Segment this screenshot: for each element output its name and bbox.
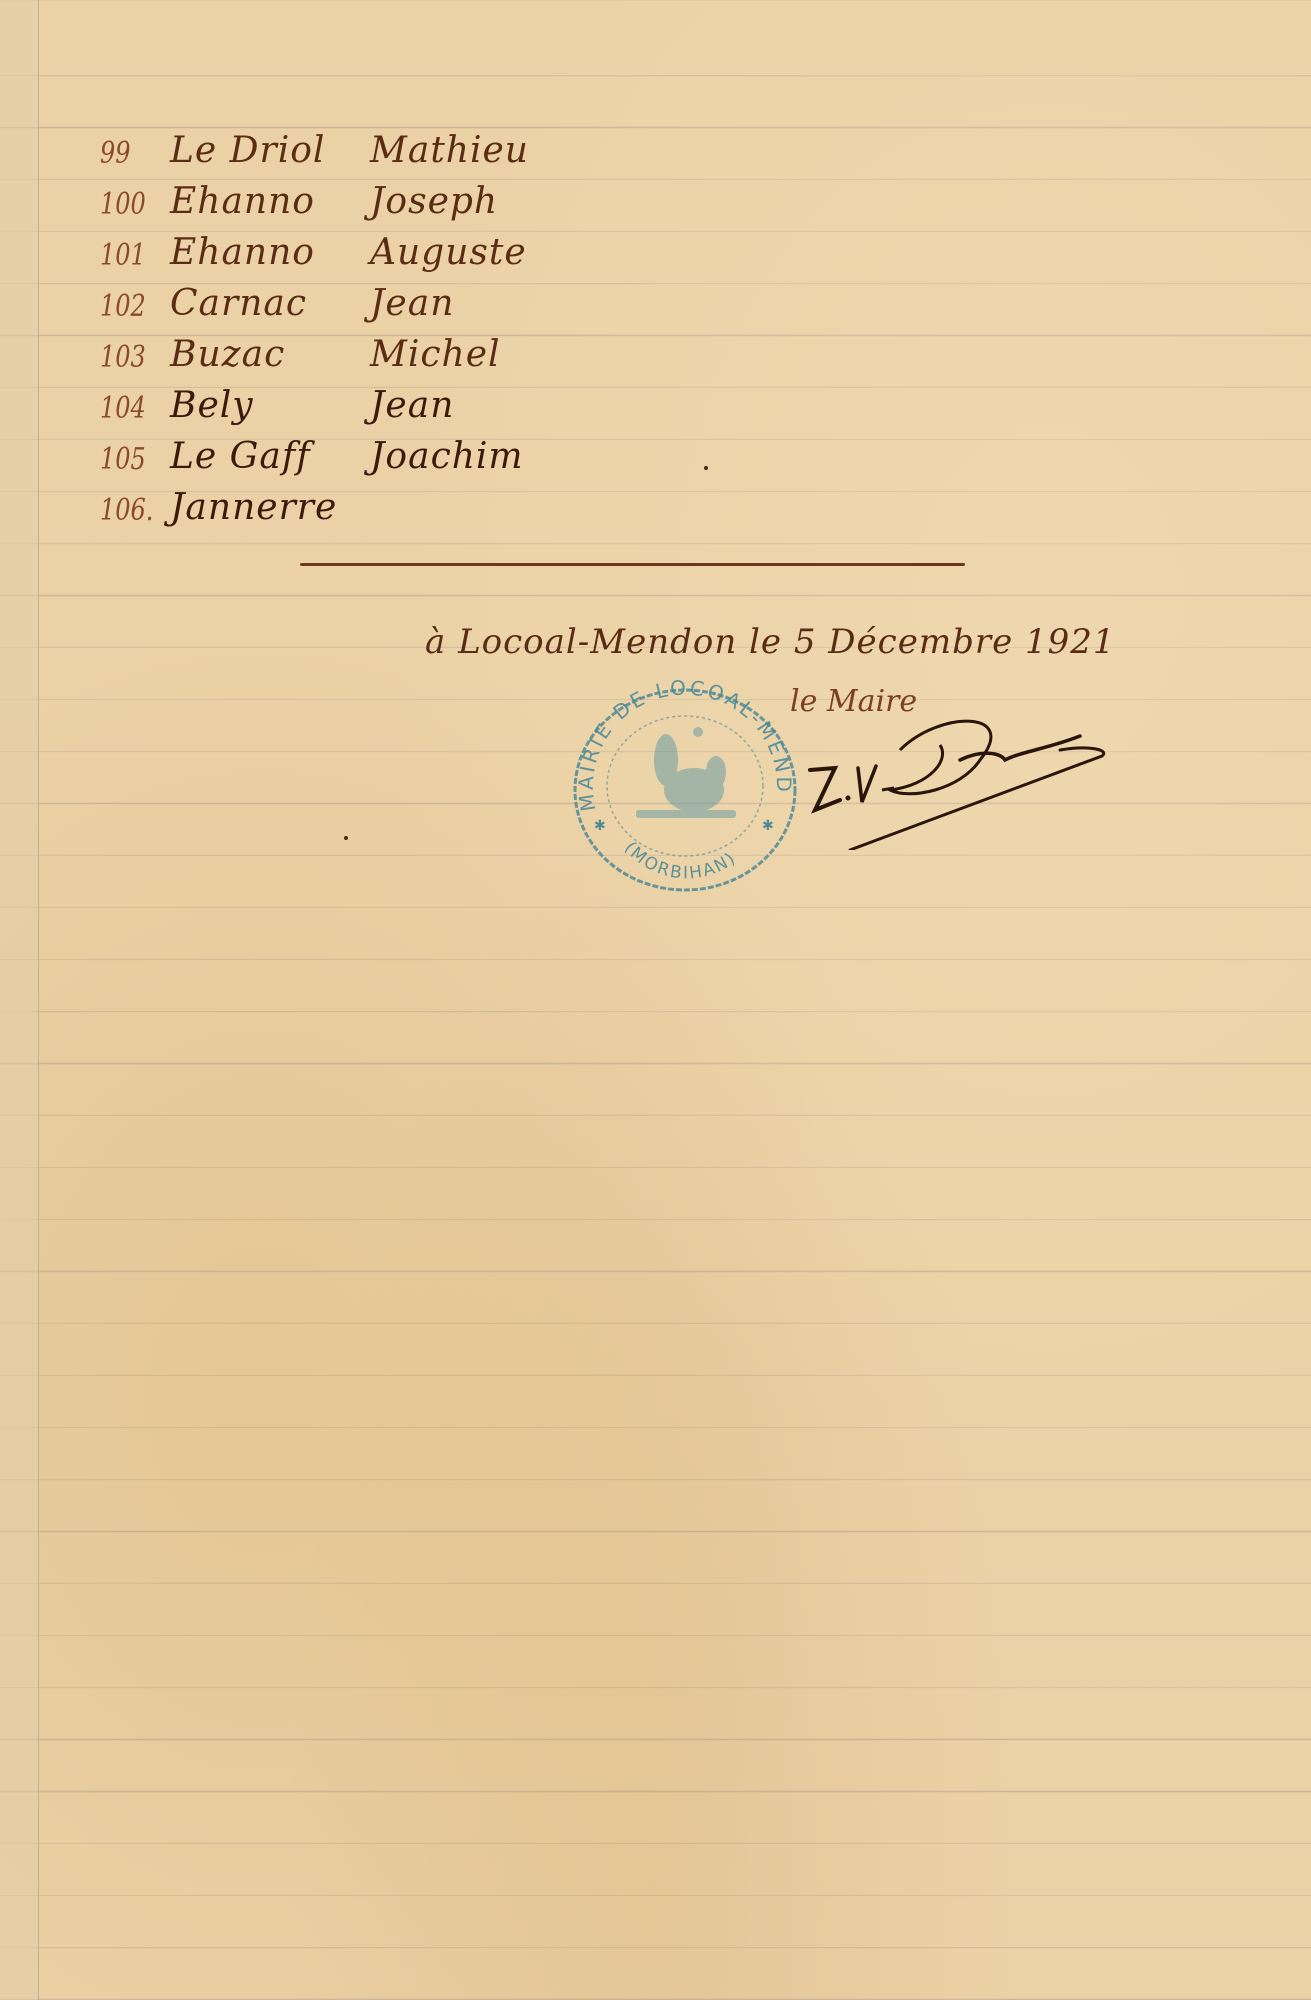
entry-number: 101 <box>100 238 156 273</box>
entry-number: 99 <box>100 136 156 171</box>
entry-given-name: Joseph <box>370 181 498 222</box>
entry-number: 105 <box>100 442 156 477</box>
svg-text:✱: ✱ <box>594 818 606 834</box>
entry-given-name: Mathieu <box>370 130 529 171</box>
list-item: 105 Le Gaff Joachim <box>100 426 529 477</box>
ink-speck <box>344 836 348 840</box>
entry-given-name: Auguste <box>370 232 527 273</box>
list-item: 104 Bely Jean <box>100 375 529 426</box>
ink-speck <box>704 466 708 470</box>
entry-given-name: Joachim <box>370 436 524 477</box>
entry-surname: Bely <box>170 385 370 426</box>
entry-surname: Buzac <box>170 334 370 375</box>
list-item: 100 Ehanno Joseph <box>100 171 529 222</box>
entry-surname: Le Gaff <box>170 436 370 477</box>
closing-divider-line <box>300 563 965 566</box>
list-item: 102 Carnac Jean <box>100 273 529 324</box>
entry-number: 103 <box>100 340 156 375</box>
entry-surname: Jannerre <box>170 487 370 528</box>
page-margin <box>0 0 39 2000</box>
list-item: 103 Buzac Michel <box>100 324 529 375</box>
signature-text: J. N. Pessel <box>790 690 796 691</box>
entry-given-name: Jean <box>370 283 454 324</box>
entry-number: 104 <box>100 391 156 426</box>
stamp-bottom-text: (MORBIHAN) <box>620 838 741 883</box>
entry-given-name: Michel <box>370 334 501 375</box>
entry-given-name: Jean <box>370 385 454 426</box>
list-item: 101 Ehanno Auguste <box>100 222 529 273</box>
name-list: 99 Le Driol Mathieu 100 Ehanno Joseph 10… <box>100 120 529 528</box>
svg-text:✱: ✱ <box>762 818 774 834</box>
register-page: 99 Le Driol Mathieu 100 Ehanno Joseph 10… <box>0 0 1311 2000</box>
entry-surname: Ehanno <box>170 181 370 222</box>
entry-number: 102 <box>100 289 156 324</box>
list-item: 99 Le Driol Mathieu <box>100 120 529 171</box>
signature-icon: J. N. Pessel <box>790 690 1120 850</box>
entry-surname: Le Driol <box>170 130 370 171</box>
entry-surname: Ehanno <box>170 232 370 273</box>
svg-text:(MORBIHAN): (MORBIHAN) <box>620 838 741 883</box>
place-date-line: à Locoal-Mendon le 5 Décembre 1921 <box>425 622 1116 662</box>
entry-surname: Carnac <box>170 283 370 324</box>
entry-number: 106. <box>100 493 156 528</box>
list-item: 106. Jannerre <box>100 477 529 528</box>
town-hall-stamp-icon: MAIRIE DE LOCOAL-MENDON (MORBIHAN) ✱ ✱ <box>566 680 804 894</box>
entry-number: 100 <box>100 187 156 222</box>
